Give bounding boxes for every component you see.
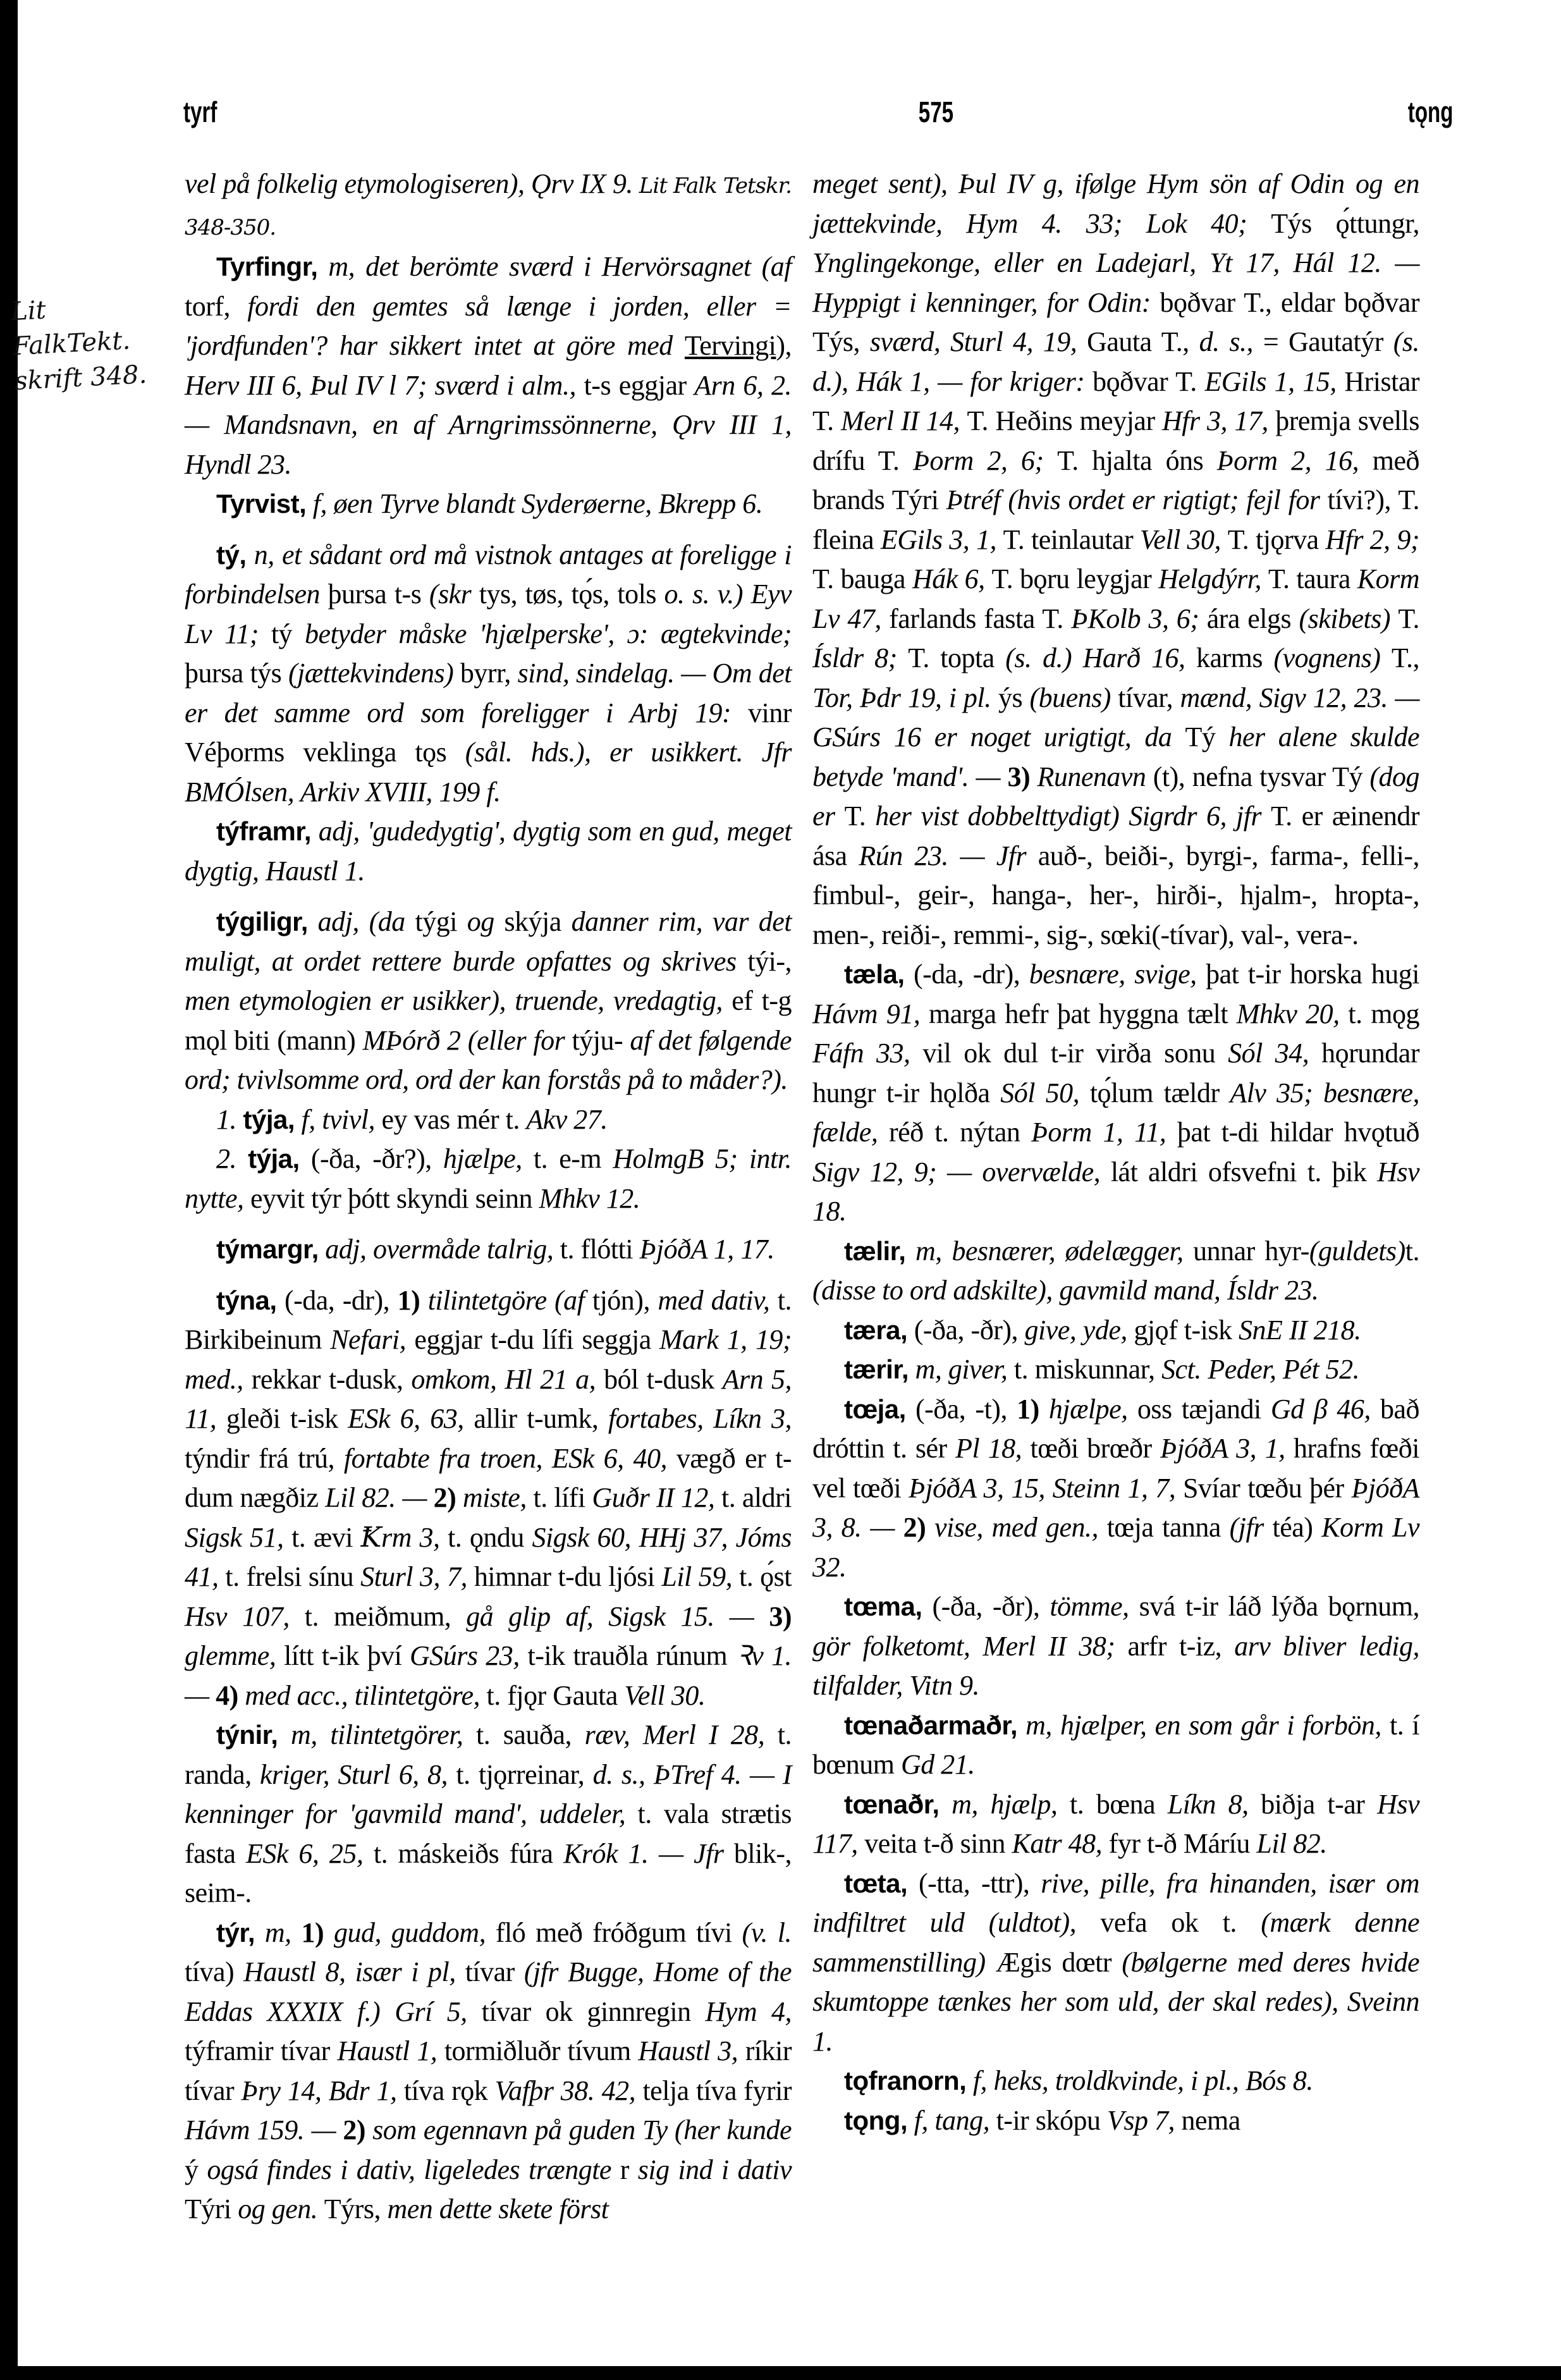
citation-text: torf, <box>185 291 247 322</box>
scan-border-bottom <box>0 2366 1561 2380</box>
dictionary-entry: tǫfranorn, f, heks, troldkvinde, i pl., … <box>812 2061 1419 2101</box>
guide-word-right: tǫng <box>1408 95 1454 129</box>
dictionary-entry: tœja, (-ða, -t), 1) hjælpe, oss tæjandi … <box>812 1390 1419 1588</box>
gloss-text: f, tvivl, <box>295 1104 381 1135</box>
gloss-text: Pl 18, <box>955 1433 1030 1464</box>
sense-number: 4) <box>216 1680 245 1711</box>
gloss-text: og gen. <box>238 2193 324 2224</box>
gloss-text: ESk 6, 25, <box>246 1838 374 1869</box>
citation-text: karms <box>1196 642 1274 673</box>
citation-text: ýs <box>998 682 1030 713</box>
gloss-text: Gd 21. <box>901 1749 975 1780</box>
gloss-text: d. s., <box>1199 326 1263 357</box>
gloss-text: m, giver, <box>909 1354 1014 1385</box>
right-column: meget sent), Þul IV g, ifølge Hym sön af… <box>812 164 1419 2140</box>
gloss-text: Sturl 3, 7, <box>360 1561 474 1592</box>
gloss-text: Vell 30, <box>1140 524 1228 555</box>
citation-text: tys, tøs, tǫ́s, tols <box>479 579 664 610</box>
citation-text: tívar ok ginnregin <box>482 1996 706 2027</box>
gloss-text: adj, (da <box>308 906 415 937</box>
headword: tœma, <box>844 1592 922 1621</box>
gloss-text: (guldets) <box>1309 1236 1405 1267</box>
headword: týnir, <box>216 1720 278 1750</box>
gloss-text: Ísldr 8; <box>812 642 908 673</box>
citation-text: ), <box>776 330 792 361</box>
citation-text: T. <box>845 800 876 831</box>
gloss-text: Hák 6, <box>912 563 992 594</box>
headword: tǫng, <box>844 2106 907 2135</box>
gloss-text: Rún 23. — Jfr <box>859 840 1038 871</box>
handwritten-margin-note: Lit FalkTekt. skrift 348. <box>10 287 167 399</box>
gloss-text: Ꝁrm 3, <box>361 1522 448 1553</box>
citation-text: gleði t-isk <box>226 1403 348 1434</box>
citation-text: þursa t-s <box>328 579 429 610</box>
dictionary-entry: tæla, (-da, -dr), besnære, svige, þat t-… <box>812 955 1419 1232</box>
citation-text: fyr t-ð Máríu <box>1109 1828 1257 1859</box>
citation-text: t. sauða, <box>476 1719 585 1750</box>
gloss-text: Vsp 7, <box>1107 2105 1182 2136</box>
citation-text: oss tæjandi <box>1137 1394 1271 1425</box>
gloss-text: hjælpe, <box>443 1143 534 1174</box>
dictionary-entry: týgiligr, adj, (da týgi og skýja danner … <box>185 902 792 1100</box>
gloss-text: besnære, svige, <box>1029 959 1206 990</box>
headword: tæra, <box>844 1315 907 1345</box>
gloss-text: Lil 82. — <box>325 1482 434 1513</box>
dictionary-entry: tœta, (-tta, -ttr), rive, pille, fra hin… <box>812 1864 1419 2062</box>
headword: tǫfranorn, <box>844 2066 966 2095</box>
gloss-text: adj, overmåde talrig, <box>319 1234 560 1265</box>
gloss-text: men dette skete först <box>387 2193 608 2224</box>
citation-text: tjón), <box>592 1285 658 1316</box>
headword: tærir, <box>844 1354 909 1384</box>
gloss-text: gå glip af, Sigsk 15. — <box>466 1601 769 1632</box>
citation-text: týju- <box>572 1025 630 1056</box>
entry-continuation: vel på folkelig etymologiseren), Ǫrv IX … <box>185 164 792 247</box>
citation-text: (t), nefna tysvar Tý <box>1153 761 1370 792</box>
gloss-text: Haustl 1, <box>337 2035 444 2066</box>
sense-number: 2) <box>903 1512 934 1543</box>
gloss-text: m, hjælper, en som går i forbön, <box>1017 1710 1390 1741</box>
gloss-text: m, det berömte sværd i Hervörsagnet (af <box>317 251 792 282</box>
gloss-text: Hym 4, <box>706 1996 792 2027</box>
citation-text: tíva) <box>185 1956 243 1987</box>
gloss-text: (buens) <box>1029 682 1118 713</box>
gloss-text: (s. d.) Harð 16, <box>1005 642 1196 673</box>
citation-text: T. teinlautar <box>1003 524 1140 555</box>
sense-number: 3) <box>1007 761 1037 792</box>
gloss-text: Sól 50, <box>1000 1077 1090 1108</box>
citation-text: réð t. nýtan <box>889 1117 1031 1148</box>
guide-word-left: tyrf <box>183 95 217 129</box>
homonym-number: 2. <box>216 1143 248 1174</box>
dictionary-entry: 2. týja, (-ða, -ðr?), hjælpe, t. e-m Hol… <box>185 1139 792 1218</box>
sense-number: 2) <box>434 1482 463 1513</box>
gloss-text: Þry 14, Bdr 1, <box>241 2075 403 2106</box>
citation-text: unnar hyr- <box>1193 1236 1309 1267</box>
gloss-text: fortabte fra troen, ESk 6, 40, <box>344 1443 676 1474</box>
citation-text: lítt t-ik því <box>284 1640 410 1671</box>
homonym-number: 1. <box>216 1104 243 1135</box>
gloss-text: Runenavn <box>1037 761 1153 792</box>
gloss-text: Vafþr 38. 42, <box>495 2075 643 2106</box>
citation-text: bǫðvar T. <box>1093 366 1204 397</box>
headword: tœja, <box>844 1394 906 1424</box>
citation-text: vil ok dul t-ir virða sonu <box>922 1038 1228 1069</box>
gloss-text: som egennavn på guden Ty (her kunde <box>372 2114 792 2145</box>
citation-text: t. frelsi sínu <box>225 1561 360 1592</box>
headword: týja, <box>248 1144 300 1174</box>
gloss-text: Hávm 91, <box>812 998 929 1029</box>
citation-text: gjǫf t-isk <box>1134 1315 1239 1346</box>
dictionary-entry: týframr, adj, 'gudedygtig', dygtig som e… <box>185 812 792 891</box>
gloss-text: med dativ, <box>658 1285 777 1316</box>
headword: tæla, <box>844 959 905 989</box>
citation-text: lát aldri ofsvefni t. þik <box>1111 1156 1377 1187</box>
gloss-text: f, heks, troldkvinde, i pl., Bós 8. <box>966 2065 1313 2096</box>
dictionary-entry: tœma, (-ða, -ðr), tömme, svá t-ir láð lý… <box>812 1587 1419 1706</box>
headword: Tyrfingr, <box>216 252 317 281</box>
citation-text: skýja <box>504 906 571 937</box>
citation-text: T. bǫru leygjar <box>992 563 1159 594</box>
citation-text: ý <box>185 2154 207 2185</box>
entry-continuation: meget sent), Þul IV g, ifølge Hym sön af… <box>812 164 1419 955</box>
citation-text: vefa ok t. <box>1100 1907 1261 1938</box>
citation-text: (-ða, -ðr), <box>922 1591 1050 1622</box>
citation-text: Gauta T., <box>1087 326 1199 357</box>
dictionary-entry: Tyrvist, f, øen Tyrve blandt Syderøerne,… <box>185 484 792 524</box>
gloss-text: Þorm 1, 11, <box>1031 1117 1177 1148</box>
gloss-text: kriger, Sturl 6, 8, <box>260 1759 456 1790</box>
citation-text: T. topta <box>908 642 1005 673</box>
gloss-text: fortabes, Líkn 3, <box>608 1403 792 1434</box>
citation-text: tormiðluðr tívum <box>444 2035 638 2066</box>
sense-number: 3) <box>769 1601 792 1632</box>
dictionary-entry: tý, n, et sådant ord må vistnok antages … <box>185 536 792 813</box>
dictionary-entry: týna, (-da, -dr), 1) tilintetgöre (af tj… <box>185 1281 792 1716</box>
citation-text: t. ævi <box>291 1522 361 1553</box>
gloss-text: her vist dobbelttydigt) Sigrdr 6, jfr <box>875 800 1271 831</box>
gloss-text: EGils 1, 15, <box>1204 366 1344 397</box>
citation-text: ey vas mér t. <box>382 1104 527 1135</box>
citation-text: telja tíva fyrir <box>642 2075 792 2106</box>
gloss-text: give, yde, <box>1025 1315 1134 1346</box>
citation-text: tíva rǫk <box>404 2075 495 2106</box>
citation-text: marga hefr þat hyggna tælt <box>929 998 1237 1029</box>
gloss-text: ÞKolb 3, 6; <box>1071 603 1207 634</box>
citation-text: þursa týs <box>185 658 288 689</box>
citation-text: (-ða, -ðr), <box>907 1315 1024 1346</box>
headword: tælir, <box>844 1236 905 1266</box>
gloss-text: m, hjælp, <box>940 1789 1070 1820</box>
citation-text: ára elgs <box>1207 603 1299 634</box>
gloss-text: Hsv 107, <box>185 1601 305 1632</box>
citation-text: T. tjǫrva <box>1228 524 1326 555</box>
citation-text: eyvit týr þótt skyndi seinn <box>250 1183 539 1214</box>
citation-text: r <box>620 2154 638 2185</box>
citation-text: farlands fasta T. <box>889 603 1071 634</box>
gloss-text: Herv III 6, Þul IV l 7; sværd i alm., <box>185 370 584 401</box>
underlined-word: Tervingi <box>685 330 776 361</box>
headword: tý, <box>216 540 247 570</box>
dictionary-entry: tæra, (-ða, -ðr), give, yde, gjǫf t-isk … <box>812 1311 1419 1351</box>
gloss-text: (skr <box>429 579 479 610</box>
citation-text: rekkar t-dusk, <box>252 1364 412 1395</box>
gloss-text: miste, <box>463 1482 534 1513</box>
citation-text: T. hjalta óns <box>1057 445 1217 476</box>
citation-text: þat t-di hildar hvǫtuð <box>1177 1117 1419 1148</box>
gloss-text: EGils 3, 1, <box>881 524 1003 555</box>
citation-text: t. ǫndu <box>448 1522 532 1553</box>
gloss-text: ræv, Merl I 28, <box>585 1719 778 1750</box>
gloss-text: Haustl 3, <box>638 2035 745 2066</box>
gloss-text: Hfr 2, 9; <box>1325 524 1419 555</box>
dictionary-entry: 1. týja, f, tvivl, ey vas mér t. Akv 27. <box>185 1100 792 1140</box>
citation-text: byrr, <box>460 658 518 689</box>
headword: týr, <box>216 1918 255 1948</box>
headword: Tyrvist, <box>216 489 306 518</box>
gloss-text: ÞjóðA 1, 17. <box>640 1234 774 1265</box>
gloss-text: m, <box>255 1917 301 1948</box>
gloss-text: GSúrs 23, <box>410 1640 528 1671</box>
headword: týframr, <box>216 816 311 846</box>
dictionary-entry: Tyrfingr, m, det berömte sværd i Hervörs… <box>185 247 792 484</box>
citation-text: t. aldri <box>721 1482 792 1513</box>
left-column: vel på folkelig etymologiseren), Ǫrv IX … <box>185 164 792 2230</box>
gloss-text: Hávm 159. — <box>185 2114 343 2145</box>
citation-text: tǫ́lum tældr <box>1090 1077 1230 1108</box>
gloss-text: ÞjóðA 3, 1, <box>1160 1433 1294 1464</box>
gloss-text: Katr 48, <box>1012 1828 1108 1859</box>
dictionary-entry: tǫng, f, tang, t-ir skópu Vsp 7, nema <box>812 2101 1419 2141</box>
gloss-text: betyder måske 'hjælperske', ɔ: ægtekvind… <box>305 618 792 649</box>
citation-text: T. taura <box>1268 563 1357 594</box>
citation-text: tý <box>271 618 305 649</box>
gloss-text: Mhkv 12. <box>539 1183 640 1214</box>
margin-note-line: skrift 348. <box>14 357 168 399</box>
gloss-text: Þorm 2, 6; <box>913 445 1057 476</box>
citation-text: t. e-m <box>534 1143 613 1174</box>
gloss-text: MÞórð 2 (eller for <box>363 1025 572 1056</box>
citation-text: t-ir skópu <box>996 2105 1107 2136</box>
citation-text: Svíar tœðu þér <box>1183 1473 1351 1504</box>
citation-text: svá t-ir láð lýða bǫrnum, <box>1139 1591 1419 1622</box>
gloss-text: (vognens) <box>1273 642 1391 673</box>
gloss-text: Mhkv 20, <box>1237 998 1349 1029</box>
gloss-text: Líkn 8, <box>1168 1789 1261 1820</box>
citation-text: t. bœna <box>1070 1789 1168 1820</box>
gloss-text: med acc., tilintetgöre, <box>245 1680 486 1711</box>
gloss-text: omkom, Hl 21 a, <box>411 1364 604 1395</box>
gloss-text: ogsá findes i dativ, ligeledes trængte <box>207 2154 620 2185</box>
headword: týmargr, <box>216 1234 319 1264</box>
gloss-text: gör folketomt, Merl II 38; <box>812 1631 1128 1662</box>
gloss-text: Sól 34, <box>1228 1038 1321 1069</box>
headword: tœnaðr, <box>844 1789 940 1819</box>
citation-text: biðja t-ar <box>1261 1789 1377 1820</box>
citation-text: týgi <box>415 906 467 937</box>
citation-text: týi-, <box>747 946 792 977</box>
gloss-text: Þtréf (hvis ordet er rigtigt; fejl for <box>946 484 1328 515</box>
sense-number: 1) <box>301 1917 333 1948</box>
citation-text: tívar, <box>1118 682 1180 713</box>
gloss-text: m, besnærer, ødelægger, <box>905 1236 1193 1267</box>
gloss-text: Krók 1. — Jfr <box>563 1838 734 1869</box>
gloss-text: gud, guddom, <box>334 1917 496 1948</box>
gloss-text: Nefari, <box>330 1324 414 1355</box>
citation-text: týndir frá trú, <box>185 1443 344 1474</box>
gloss-text: SnE II 218. <box>1239 1315 1361 1346</box>
gloss-text: glemme, <box>185 1640 284 1671</box>
dictionary-entry: tœnaðr, m, hjælp, t. bœna Líkn 8, biðja … <box>812 1785 1419 1864</box>
gloss-text: f, tang, <box>907 2105 996 2136</box>
citation-text: Týs ǫ́ttungr, <box>1271 208 1419 239</box>
citation-text: (-da, -dr), <box>277 1285 398 1316</box>
citation-text: eggjar t-du lífi seggja <box>414 1324 659 1355</box>
citation-text: arfr t-iz, <box>1128 1631 1235 1662</box>
citation-text: (-ða, -ðr?), <box>300 1143 443 1174</box>
headword: tœnaðarmaðr, <box>844 1710 1017 1740</box>
citation-text: t. flótti <box>560 1234 640 1265</box>
citation-text: (-ða, -t), <box>906 1394 1017 1425</box>
citation-text: Tý <box>1185 721 1229 752</box>
citation-text: himnar t-du ljósi <box>474 1561 662 1592</box>
dictionary-entry: týr, m, 1) gud, guddom, fló með fróðgum … <box>185 1913 792 2230</box>
citation-text: Týrs, <box>324 2193 388 2224</box>
headword: týja, <box>243 1105 295 1134</box>
gloss-text: tömme, <box>1050 1591 1139 1622</box>
citation-text: T. Heðins meyjar <box>967 405 1162 436</box>
page-number: 575 <box>919 95 953 129</box>
citation-text: T., <box>1392 642 1419 673</box>
citation-text: t-s eggjar <box>584 370 695 401</box>
citation-text: T. bauga <box>812 563 912 594</box>
dictionary-entry: týnir, m, tilintetgörer, t. sauða, ræv, … <box>185 1715 792 1913</box>
dictionary-entry: tælir, m, besnærer, ødelægger, unnar hyr… <box>812 1232 1419 1311</box>
citation-text: t. meiðmum, <box>305 1601 466 1632</box>
headword: týgiligr, <box>216 907 308 936</box>
citation-text: = Gautatýr <box>1263 326 1393 357</box>
dictionary-entry: týmargr, adj, overmåde talrig, t. flótti… <box>185 1230 792 1270</box>
gloss-text: vel på folkelig etymologiseren), Ǫrv IX … <box>185 168 633 199</box>
gloss-text: Lil 82. <box>1256 1828 1326 1859</box>
dictionary-entry: tærir, m, giver, t. miskunnar, Sct. Pede… <box>812 1350 1419 1390</box>
sense-number: 1) <box>398 1285 428 1316</box>
citation-text: nema <box>1181 2105 1240 2136</box>
citation-text: téa) <box>1272 1512 1321 1543</box>
citation-text: T. <box>1398 603 1419 634</box>
citation-text: Ægis dœtr <box>996 1947 1122 1978</box>
gloss-text: sig ind i dativ <box>638 2154 792 2185</box>
citation-text: týframir tívar <box>185 2035 337 2066</box>
gloss-text: vise, med gen., <box>934 1512 1107 1543</box>
gloss-text: Akv 27. <box>526 1104 607 1135</box>
citation-text: allir t-umk, <box>474 1403 608 1434</box>
sense-number: 2) <box>343 2114 372 2145</box>
gloss-text: m, tilintetgörer, <box>278 1719 476 1750</box>
margin-note-line: Lit FalkTekt. <box>10 287 165 364</box>
citation-text: t. <box>1405 1236 1419 1267</box>
citation-text: (-tta, -ttr), <box>907 1868 1041 1899</box>
gloss-text: Hfr 3, 17, <box>1162 405 1275 436</box>
gloss-text: Tor, Þdr 19, i pl. <box>812 682 998 713</box>
gloss-text: Vell 30. <box>624 1680 705 1711</box>
gloss-text: Guðr II 12, <box>592 1482 721 1513</box>
gloss-text: f, øen Tyrve blandt Syderøerne, Bkrepp 6… <box>306 488 762 519</box>
gloss-text: og <box>467 906 505 937</box>
gloss-text: (skibets) <box>1299 603 1398 634</box>
gloss-text: Helgdýrr, <box>1158 563 1268 594</box>
gloss-text: Gd β 46, <box>1271 1394 1380 1425</box>
gloss-text: (v. l. <box>742 1917 792 1948</box>
citation-text: t-ik trauðla rúnum <box>528 1640 735 1671</box>
gloss-text: Fáfn 33, <box>812 1038 922 1069</box>
citation-text: t. tjǫrreinar, <box>456 1759 592 1790</box>
gloss-text: Sigsk 51, <box>185 1522 291 1553</box>
gloss-text: Sigv 12, 9; — overvælde, <box>812 1156 1111 1187</box>
citation-text: þat t-ir horska hugi <box>1206 959 1419 990</box>
gloss-text: Sct. Peder, Pét 52. <box>1161 1354 1359 1385</box>
sense-number: 1) <box>1017 1394 1049 1425</box>
gloss-text: Haustl 8, især i pl, <box>243 1956 465 1987</box>
citation-text: t. mǫg <box>1348 998 1419 1029</box>
headword: týna, <box>216 1285 277 1315</box>
citation-text: t. máskeiðs fúra <box>374 1838 563 1869</box>
page-header: tyrf 575 tǫng <box>183 95 1030 139</box>
gloss-text: ESk 6, 63, <box>348 1403 474 1434</box>
citation-text: tívar <box>465 1956 524 1987</box>
gloss-text: tilintetgöre (af <box>428 1285 592 1316</box>
citation-text: Týri <box>185 2193 238 2224</box>
gloss-text: (jfr <box>1230 1512 1273 1543</box>
gloss-text: Þorm 2, 16, <box>1217 445 1373 476</box>
gloss-text: (disse to ord adskilte), gavmild mand, Í… <box>812 1275 1319 1306</box>
headword: tœta, <box>844 1868 907 1898</box>
citation-text: veita t-ð sinn <box>864 1828 1012 1859</box>
citation-text: tœja tanna <box>1107 1512 1230 1543</box>
dictionary-entry: tœnaðarmaðr, m, hjælper, en som går i fo… <box>812 1706 1419 1785</box>
gloss-text: Merl II 14, <box>841 405 967 436</box>
citation-text: t. ǫ́st <box>739 1561 792 1592</box>
citation-text: t. fjǫr Gauta <box>487 1680 625 1711</box>
citation-text: t. miskunnar, <box>1014 1354 1161 1385</box>
citation-text: ból t-dusk <box>604 1364 723 1395</box>
citation-text: fló með fróðgum tívi <box>496 1917 742 1948</box>
citation-text: t. lífi <box>533 1482 592 1513</box>
gloss-text: (jættekvindens) <box>288 658 460 689</box>
gloss-text: men etymologien er usikker), truende, vr… <box>185 985 732 1016</box>
citation-text: tœði brœðr <box>1030 1433 1160 1464</box>
citation-text: (-da, -dr), <box>905 959 1029 990</box>
gloss-text: ÞjóðA 3, 15, Steinn 1, 7, <box>909 1473 1183 1504</box>
gloss-text: hjælpe, <box>1049 1394 1137 1425</box>
gloss-text: sværd, Sturl 4, 19, <box>870 326 1087 357</box>
gloss-text: Lil 59, <box>661 1561 739 1592</box>
